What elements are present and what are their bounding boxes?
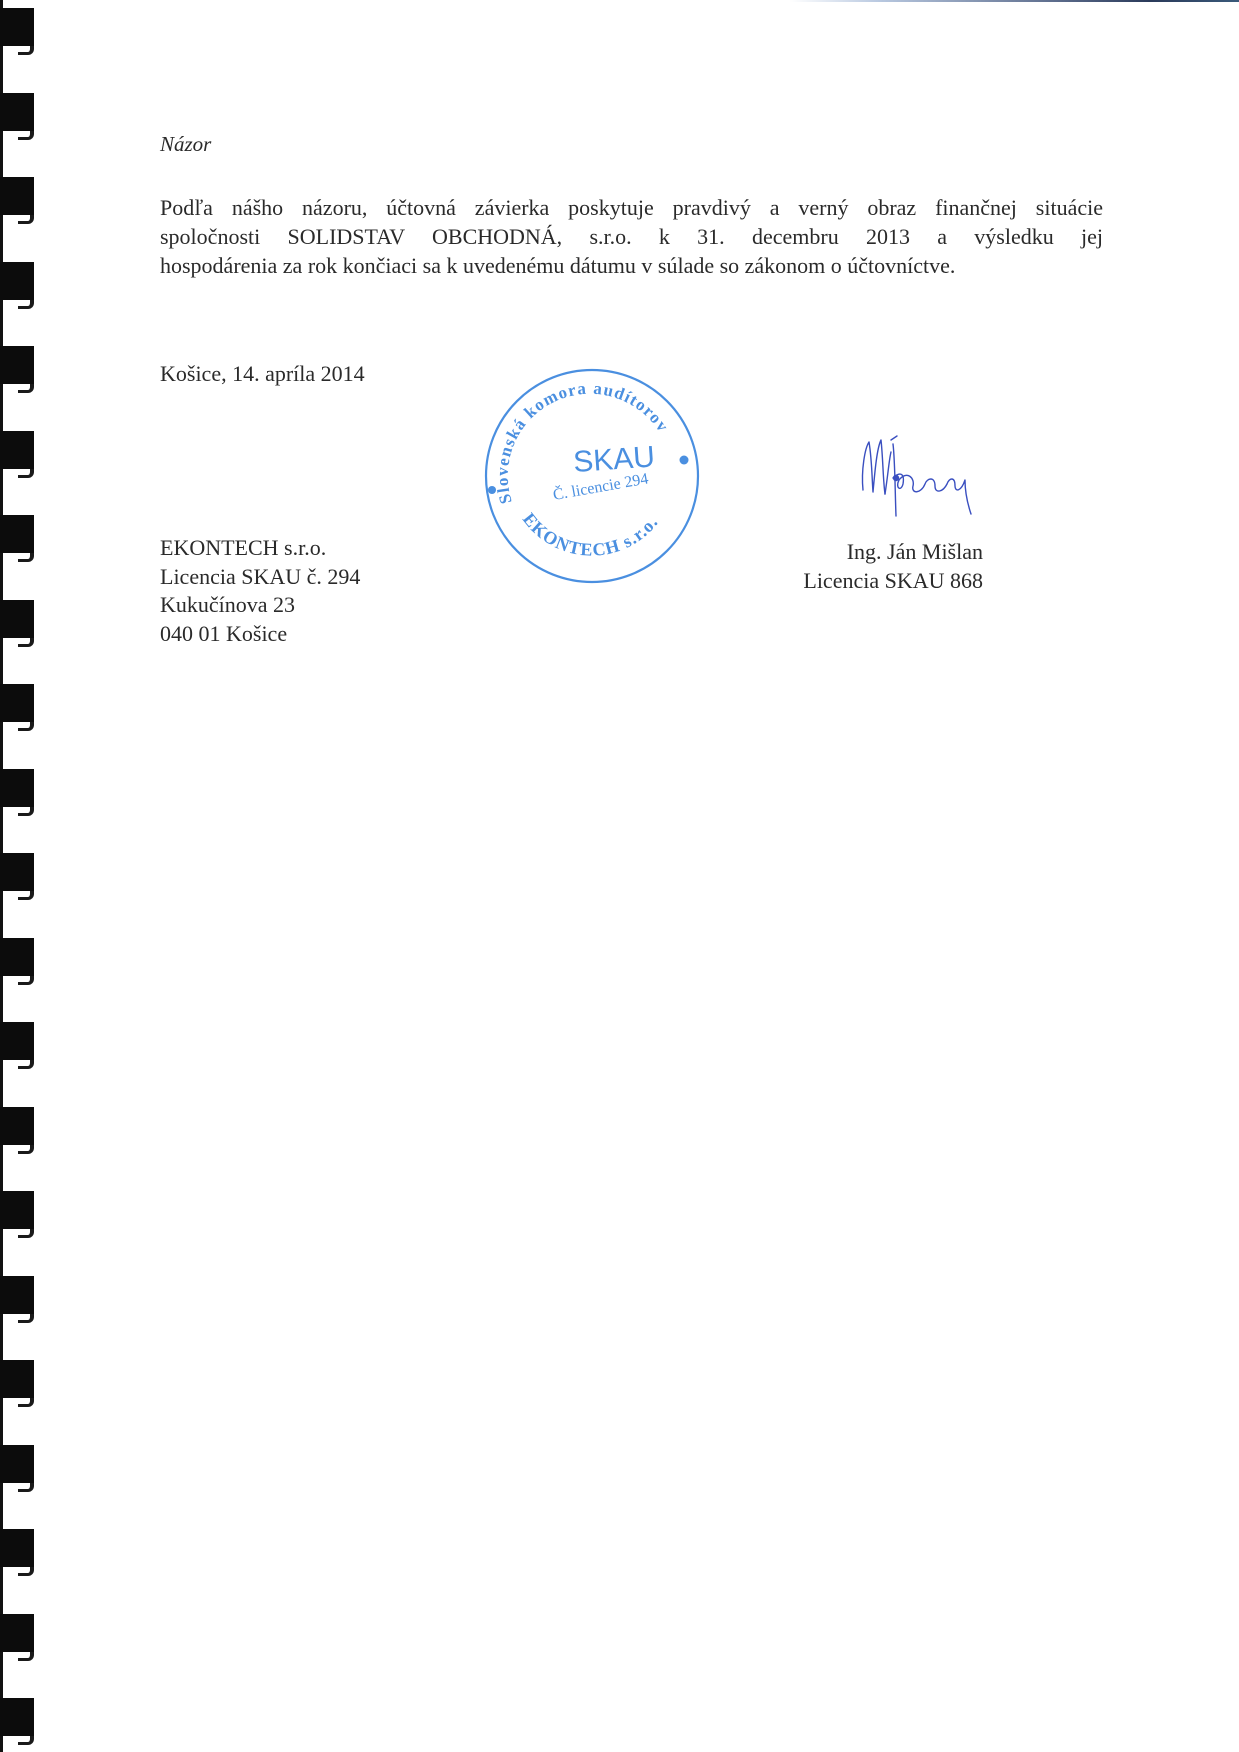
binding-hole	[0, 515, 34, 553]
binding-hole	[0, 1107, 34, 1145]
company-name: EKONTECH s.r.o.	[160, 533, 360, 562]
binding-hole	[0, 8, 34, 46]
binding-hole	[0, 93, 34, 131]
section-heading: Názor	[160, 130, 211, 159]
auditor-stamp-icon: Slovenská komora audítorov EKONTECH s.r.…	[478, 362, 706, 590]
paragraph-line: spoločnosti SOLIDSTAV OBCHODNÁ, s.r.o. k…	[160, 222, 1103, 251]
binding-hole	[0, 1276, 34, 1314]
binding-hole	[0, 346, 34, 384]
place-and-date: Košice, 14. apríla 2014	[160, 359, 365, 388]
binding-hole	[0, 1698, 34, 1736]
binding-hole	[0, 684, 34, 722]
paragraph-line: hospodárenia za rok končiaci sa k uveden…	[160, 251, 1103, 280]
binding-hole	[0, 431, 34, 469]
signer-license: Licencia SKAU 868	[770, 566, 983, 595]
binding-hole	[0, 1445, 34, 1483]
binding-hole	[0, 262, 34, 300]
binding-hole	[0, 769, 34, 807]
binding-hole	[0, 938, 34, 976]
binding-hole	[0, 177, 34, 215]
binding-hole	[0, 853, 34, 891]
signer-name: Ing. Ján Mišlan	[770, 537, 983, 566]
company-license: Licencia SKAU č. 294	[160, 562, 360, 591]
scan-edge-line	[790, 0, 1239, 2]
spiral-binding-holes	[0, 0, 40, 1752]
opinion-paragraph: Podľa nášho názoru, účtovná závierka pos…	[160, 193, 1103, 280]
binding-hole	[0, 1614, 34, 1652]
binding-hole	[0, 1022, 34, 1060]
auditor-company-block: EKONTECH s.r.o. Licencia SKAU č. 294 Kuk…	[160, 533, 360, 647]
signer-block: Ing. Ján Mišlan Licencia SKAU 868	[770, 537, 983, 594]
binding-hole	[0, 600, 34, 638]
paragraph-line: Podľa nášho názoru, účtovná závierka pos…	[160, 193, 1103, 222]
stamp-bottom-text: EKONTECH s.r.o.	[519, 509, 662, 560]
binding-hole	[0, 1191, 34, 1229]
svg-text:EKONTECH s.r.o.: EKONTECH s.r.o.	[519, 509, 662, 560]
binding-hole	[0, 1360, 34, 1398]
company-street: Kukučínova 23	[160, 590, 360, 619]
signature-icon	[855, 430, 1005, 530]
company-city: 040 01 Košice	[160, 619, 360, 648]
binding-hole	[0, 1529, 34, 1567]
